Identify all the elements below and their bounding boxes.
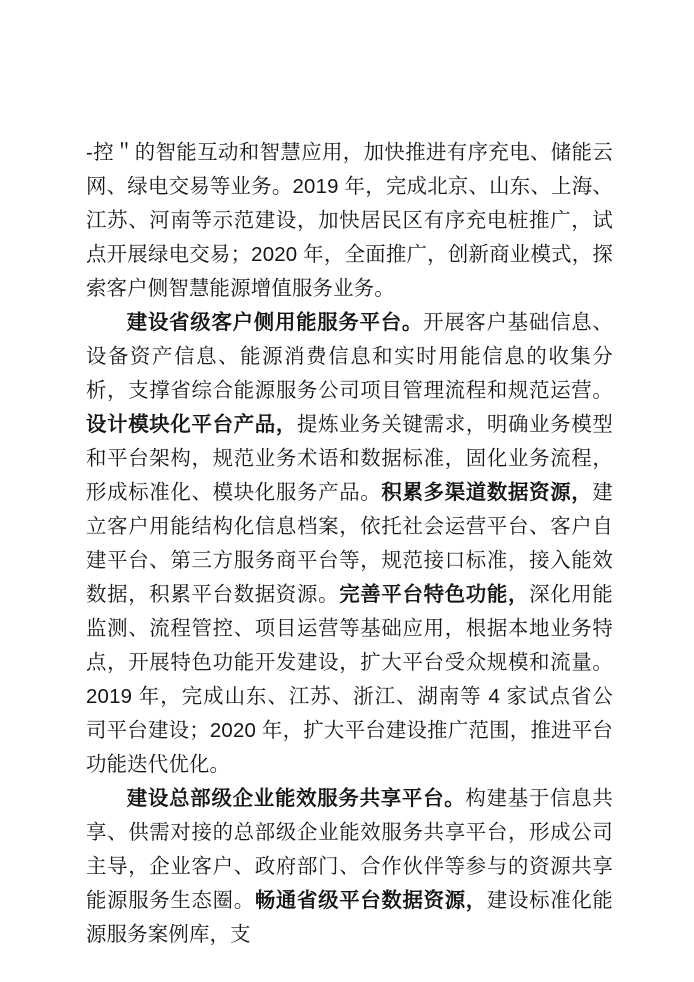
paragraph: -控＂的智能互动和智慧应用，加快推进有序充电、储能云网、绿电交易等业务。2019… [86,136,613,306]
text-run-bold: 畅通省级平台数据资源， [255,890,487,912]
paragraph: 建设省级客户侧用能服务平台。开展客户基础信息、设备资产信息、能源消费信息和实时用… [86,306,613,782]
paragraph: 建设总部级企业能效服务共享平台。构建基于信息共享、供需对接的总部级企业能效服务共… [86,782,613,952]
text-run-bold: 积累多渠道数据资源， [381,482,592,504]
text-run: 深化用能监测、流程管控、项目运营等基础应用，根据本地业务特点，开展特色功能开发建… [86,584,613,776]
document-page: -控＂的智能互动和智慧应用，加快推进有序充电、储能云网、绿电交易等业务。2019… [0,0,694,982]
text-run-bold: 建设省级客户侧用能服务平台。 [127,312,423,334]
document-body: -控＂的智能互动和智慧应用，加快推进有序充电、储能云网、绿电交易等业务。2019… [86,136,613,952]
text-run-bold: 建设总部级企业能效服务共享平台。 [127,788,466,810]
text-run: -控＂的智能互动和智慧应用，加快推进有序充电、储能云网、绿电交易等业务。2019… [86,142,613,300]
text-run-bold: 完善平台特色功能， [339,584,529,606]
text-run-bold: 设计模块化平台产品， [86,414,297,436]
